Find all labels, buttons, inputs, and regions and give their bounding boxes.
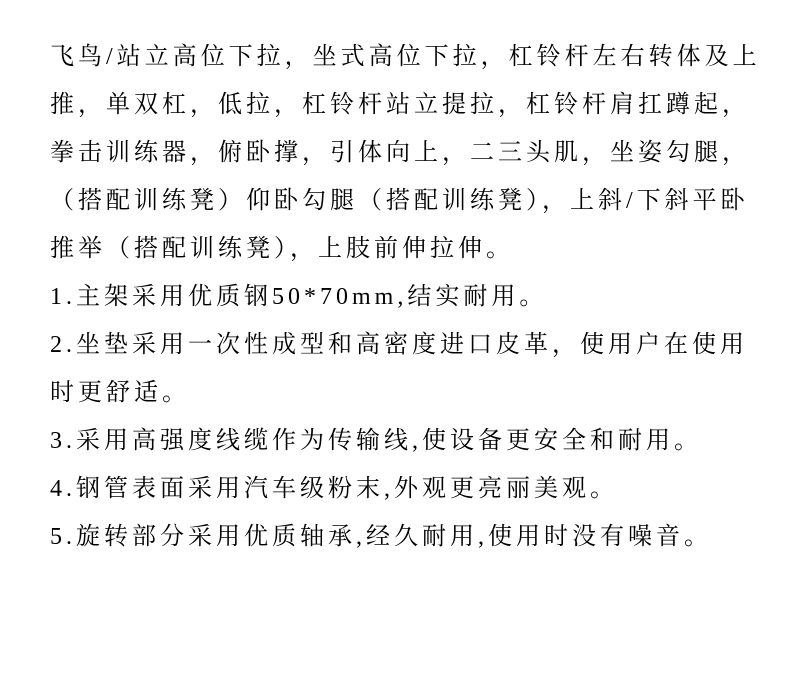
text-line: 推，单双杠，低拉，杠铃杆站立提拉，杠铃杆肩扛蹲起， — [50, 81, 776, 129]
text-line: 推举（搭配训练凳），上肢前伸拉伸。 — [50, 225, 776, 273]
text-line: 拳击训练器，俯卧撑，引体向上，二三头肌，坐姿勾腿， — [50, 129, 776, 177]
text-line: 5.旋转部分采用优质轴承,经久耐用,使用时没有噪音。 — [50, 513, 776, 561]
product-description-page: 飞鸟/站立高位下拉，坐式高位下拉，杠铃杆左右转体及上推，单双杠，低拉，杠铃杆站立… — [0, 0, 800, 676]
text-line: 时更舒适。 — [50, 369, 776, 417]
text-line: 1.主架采用优质钢50*70mm,结实耐用。 — [50, 273, 776, 321]
text-line: 2.坐垫采用一次性成型和高密度进口皮革，使用户在使用 — [50, 321, 776, 369]
text-line: （搭配训练凳）仰卧勾腿（搭配训练凳），上斜/下斜平卧 — [50, 177, 776, 225]
document-text: 飞鸟/站立高位下拉，坐式高位下拉，杠铃杆左右转体及上推，单双杠，低拉，杠铃杆站立… — [50, 33, 776, 561]
text-line: 4.钢管表面采用汽车级粉末,外观更亮丽美观。 — [50, 465, 776, 513]
text-line: 3.采用高强度线缆作为传输线,使设备更安全和耐用。 — [50, 417, 776, 465]
text-line: 飞鸟/站立高位下拉，坐式高位下拉，杠铃杆左右转体及上 — [50, 33, 776, 81]
